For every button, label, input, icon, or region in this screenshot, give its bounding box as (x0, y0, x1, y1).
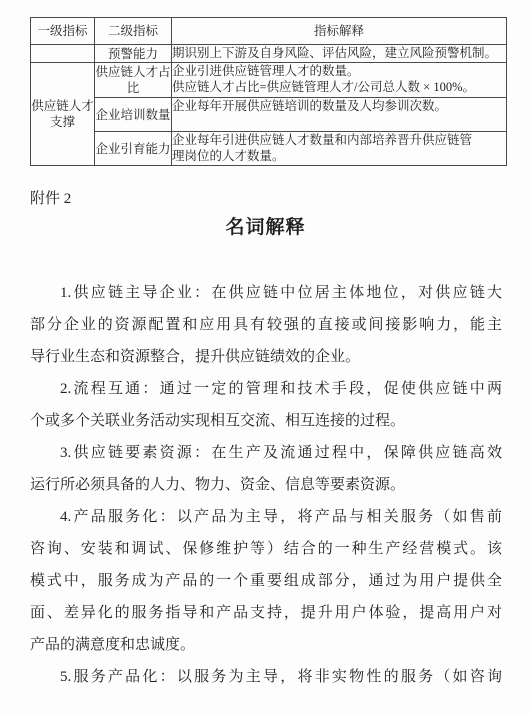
cell-explanation: 企业引进供应链管理人才的数量。 供应链人才占比=供应链管理人才/公司总人数 × … (172, 63, 507, 98)
cell-level2: 企业引育能力 (95, 132, 172, 166)
paragraph-line: 5.服务产品化：以服务为主导，将非实物性的服务（如咨询 (30, 661, 502, 693)
cell-level2: 供应链人才占比 (95, 63, 172, 98)
cell-level1-empty (31, 45, 95, 63)
page-title: 名词解释 (0, 212, 531, 239)
paragraph-line: 1.供应链主导企业：在供应链中位居主体地位，对供应链大 (30, 277, 502, 309)
explanation-line: 供应链人才占比=供应链管理人才/公司总人数 × 100%。 (172, 79, 506, 95)
explanation-line: 期识别上下游及自身风险、评估风险，建立风险预警机制。 (172, 45, 506, 61)
attachment-label: 附件 2 (30, 187, 71, 208)
table-row: 供应链人才支撑 供应链人才占比 企业引进供应链管理人才的数量。 供应链人才占比=… (31, 63, 507, 98)
body-text: 1.供应链主导企业：在供应链中位居主体地位，对供应链大 部分企业的资源配置和应用… (30, 277, 502, 693)
table-row: 企业引育能力 企业每年引进供应链人才数量和内部培养晋升供应链管 理岗位的人才数量… (31, 132, 507, 166)
explanation-line: 企业每年开展供应链培训的数量及人均参训次数。 (172, 98, 506, 114)
paragraph-line: 咨询、安装和调试、保修维护等）结合的一种生产经营模式。该 (30, 533, 502, 565)
explanation-line: 企业引进供应链管理人才的数量。 (172, 63, 506, 79)
indicator-table: 一级指标 二级指标 指标解释 预警能力 期识别上下游及自身风险、评估风险，建立风… (30, 17, 507, 166)
table-header-row: 一级指标 二级指标 指标解释 (31, 18, 507, 45)
header-level2: 二级指标 (95, 18, 172, 45)
table-row: 预警能力 期识别上下游及自身风险、评估风险，建立风险预警机制。 (31, 45, 507, 63)
paragraph-line: 3.供应链要素资源：在生产及流通过程中，保障供应链高效 (30, 437, 502, 469)
paragraph-line: 个或多个关联业务活动实现相互交流、相互连接的过程。 (30, 405, 502, 437)
paragraph-line: 部分企业的资源配置和应用具有较强的直接或间接影响力，能主 (30, 309, 502, 341)
cell-explanation: 企业每年开展供应链培训的数量及人均参训次数。 (172, 98, 507, 132)
cell-explanation: 企业每年引进供应链人才数量和内部培养晋升供应链管 理岗位的人才数量。 (172, 132, 507, 166)
paragraph-line: 产品的满意度和忠诚度。 (30, 629, 502, 661)
explanation-line: 企业每年引进供应链人才数量和内部培养晋升供应链管 (172, 132, 506, 148)
cell-level2: 企业培训数量 (95, 98, 172, 132)
paragraph-line: 面、差异化的服务指导和产品支持，提升用户体验，提高用户对 (30, 597, 502, 629)
paragraph-line: 4.产品服务化：以产品为主导，将产品与相关服务（如售前 (30, 501, 502, 533)
paragraph-line: 2.流程互通：通过一定的管理和技术手段，促使供应链中两 (30, 373, 502, 405)
paragraph-line: 导行业生态和资源整合，提升供应链绩效的企业。 (30, 341, 502, 373)
paragraph-line: 模式中，服务成为产品的一个重要组成部分，通过为用户提供全 (30, 565, 502, 597)
paragraph-line: 运行所必须具备的人力、物力、资金、信息等要素资源。 (30, 469, 502, 501)
table-row: 企业培训数量 企业每年开展供应链培训的数量及人均参训次数。 (31, 98, 507, 132)
cell-level2: 预警能力 (95, 45, 172, 63)
cell-explanation: 期识别上下游及自身风险、评估风险，建立风险预警机制。 (172, 45, 507, 63)
header-level1: 一级指标 (31, 18, 95, 45)
cell-level1-merged: 供应链人才支撑 (31, 63, 95, 166)
document-page: 一级指标 二级指标 指标解释 预警能力 期识别上下游及自身风险、评估风险，建立风… (0, 0, 531, 715)
header-explanation: 指标解释 (172, 18, 507, 45)
explanation-line: 理岗位的人才数量。 (172, 148, 506, 164)
